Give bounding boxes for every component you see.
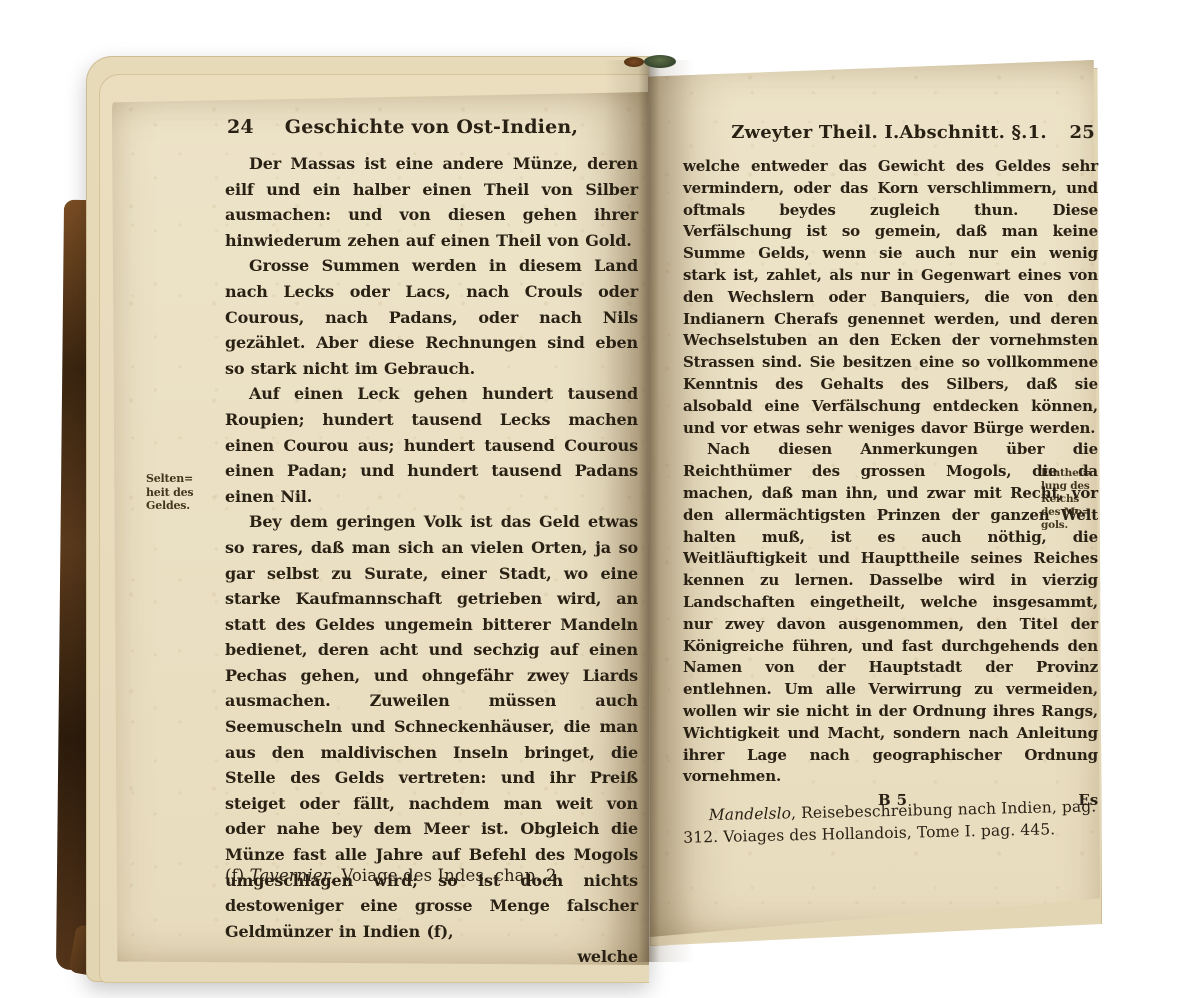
paragraph: welche entweder das Gewicht des Geldes s… [683, 156, 1098, 439]
left-catchword: welche [225, 944, 638, 970]
right-page-header: Zweyter Theil. I.Abschnitt. §.1. 25 [681, 122, 1097, 143]
margin-note-line: Geldes. [146, 499, 222, 513]
margin-note-line: Selten= [146, 472, 222, 486]
paragraph: Grosse Summen werden in diesem Land nach… [225, 253, 638, 381]
footnote-author: Mandelslo [709, 804, 792, 824]
left-page-text: Der Massas ist eine andere Münze, deren … [225, 151, 638, 970]
left-footnote: (f) Tavernier, Voiage des Indes, chap. 2… [225, 866, 638, 885]
left-running-title: Geschichte von Ost-Indien, [225, 116, 638, 138]
left-margin-note: Selten= heit des Geldes. [146, 472, 222, 513]
paragraph: Auf einen Leck gehen hundert tausend Rou… [225, 381, 638, 509]
footnote-text: , Voiage des Indes, chap. 2. [331, 866, 562, 885]
left-page-header: 24 Geschichte von Ost-Indien, [225, 116, 638, 138]
right-running-title: Zweyter Theil. I.Abschnitt. §.1. [681, 122, 1097, 143]
right-page-number: 25 [1070, 122, 1095, 143]
paragraph: Der Massas ist eine andere Münze, deren … [225, 151, 638, 253]
left-page-number: 24 [227, 116, 254, 138]
footnote-author: Tavernier [250, 866, 331, 885]
margin-note-line: heit des [146, 486, 222, 500]
headband [644, 55, 676, 68]
headband-leather [624, 57, 644, 67]
paragraph: Nach diesen Anmerkungen über die Reichth… [683, 439, 1098, 788]
right-page-text: welche entweder das Gewicht des Geldes s… [683, 156, 1098, 812]
footnote-marker: (f) [225, 866, 250, 885]
